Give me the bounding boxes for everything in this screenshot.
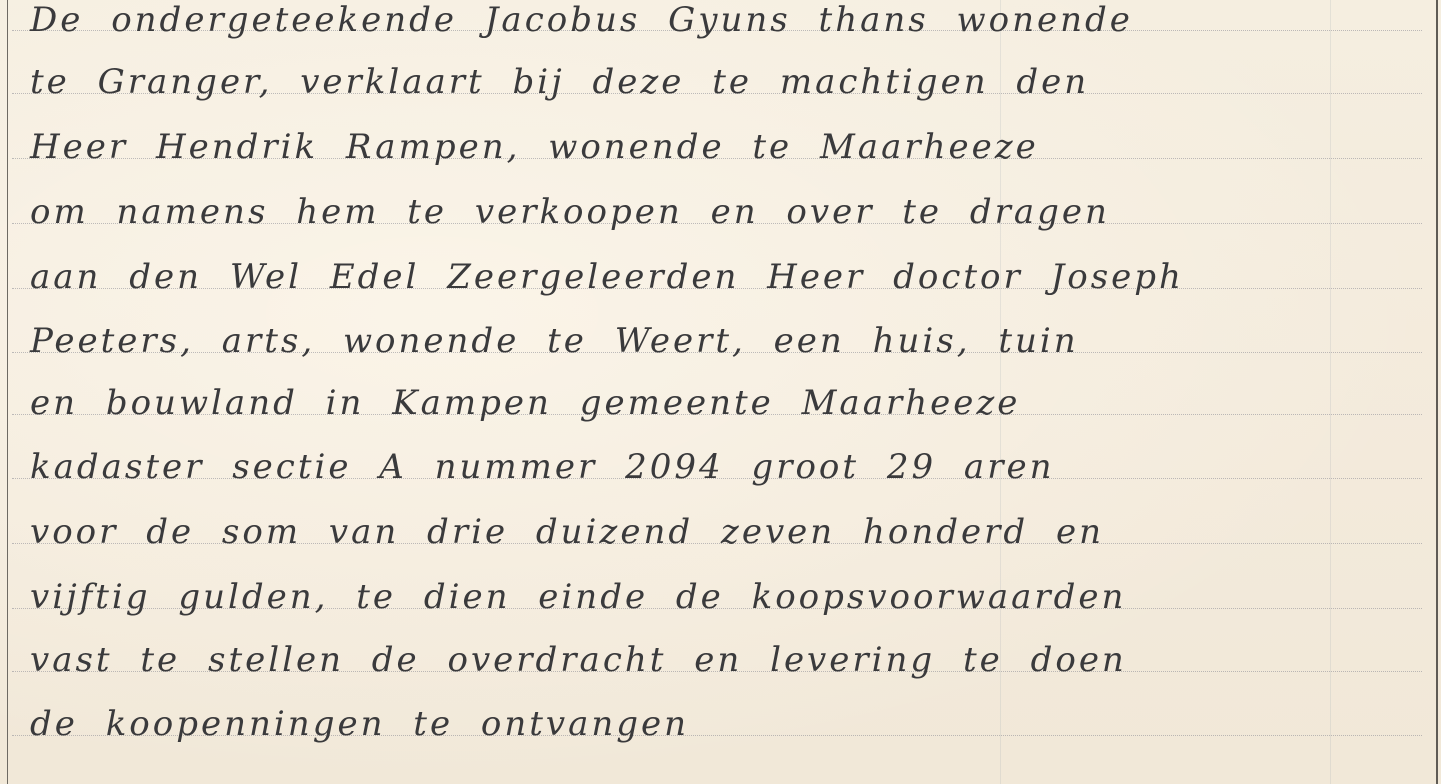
text-line-4: om namens hem te verkoopen en over te dr… — [30, 192, 1430, 232]
text-line-10: vijftig gulden, te dien einde de koopsvo… — [30, 577, 1430, 617]
text-line-6: Peeters, arts, wonende te Weert, een hui… — [30, 321, 1430, 361]
text-line-5: aan den Wel Edel Zeergeleerden Heer doct… — [30, 257, 1430, 297]
left-margin-line — [7, 0, 8, 784]
text-line-3: Heer Hendrik Rampen, wonende te Maarheez… — [30, 127, 1430, 167]
right-margin-line — [1436, 0, 1438, 784]
text-line-11: vast te stellen de overdracht en leverin… — [30, 640, 1430, 680]
text-line-2: te Granger, verklaart bij deze te machti… — [30, 62, 1430, 102]
text-line-8: kadaster sectie A nummer 2094 groot 29 a… — [30, 447, 1430, 487]
document-page: De ondergeteekende Jacobus Gyuns thans w… — [0, 0, 1441, 784]
text-line-9: voor de som van drie duizend zeven honde… — [30, 512, 1430, 552]
text-line-7: en bouwland in Kampen gemeente Maarheeze — [30, 383, 1430, 423]
text-line-1: De ondergeteekende Jacobus Gyuns thans w… — [30, 0, 1430, 40]
text-line-12: de koopenningen te ontvangen — [30, 704, 1430, 744]
